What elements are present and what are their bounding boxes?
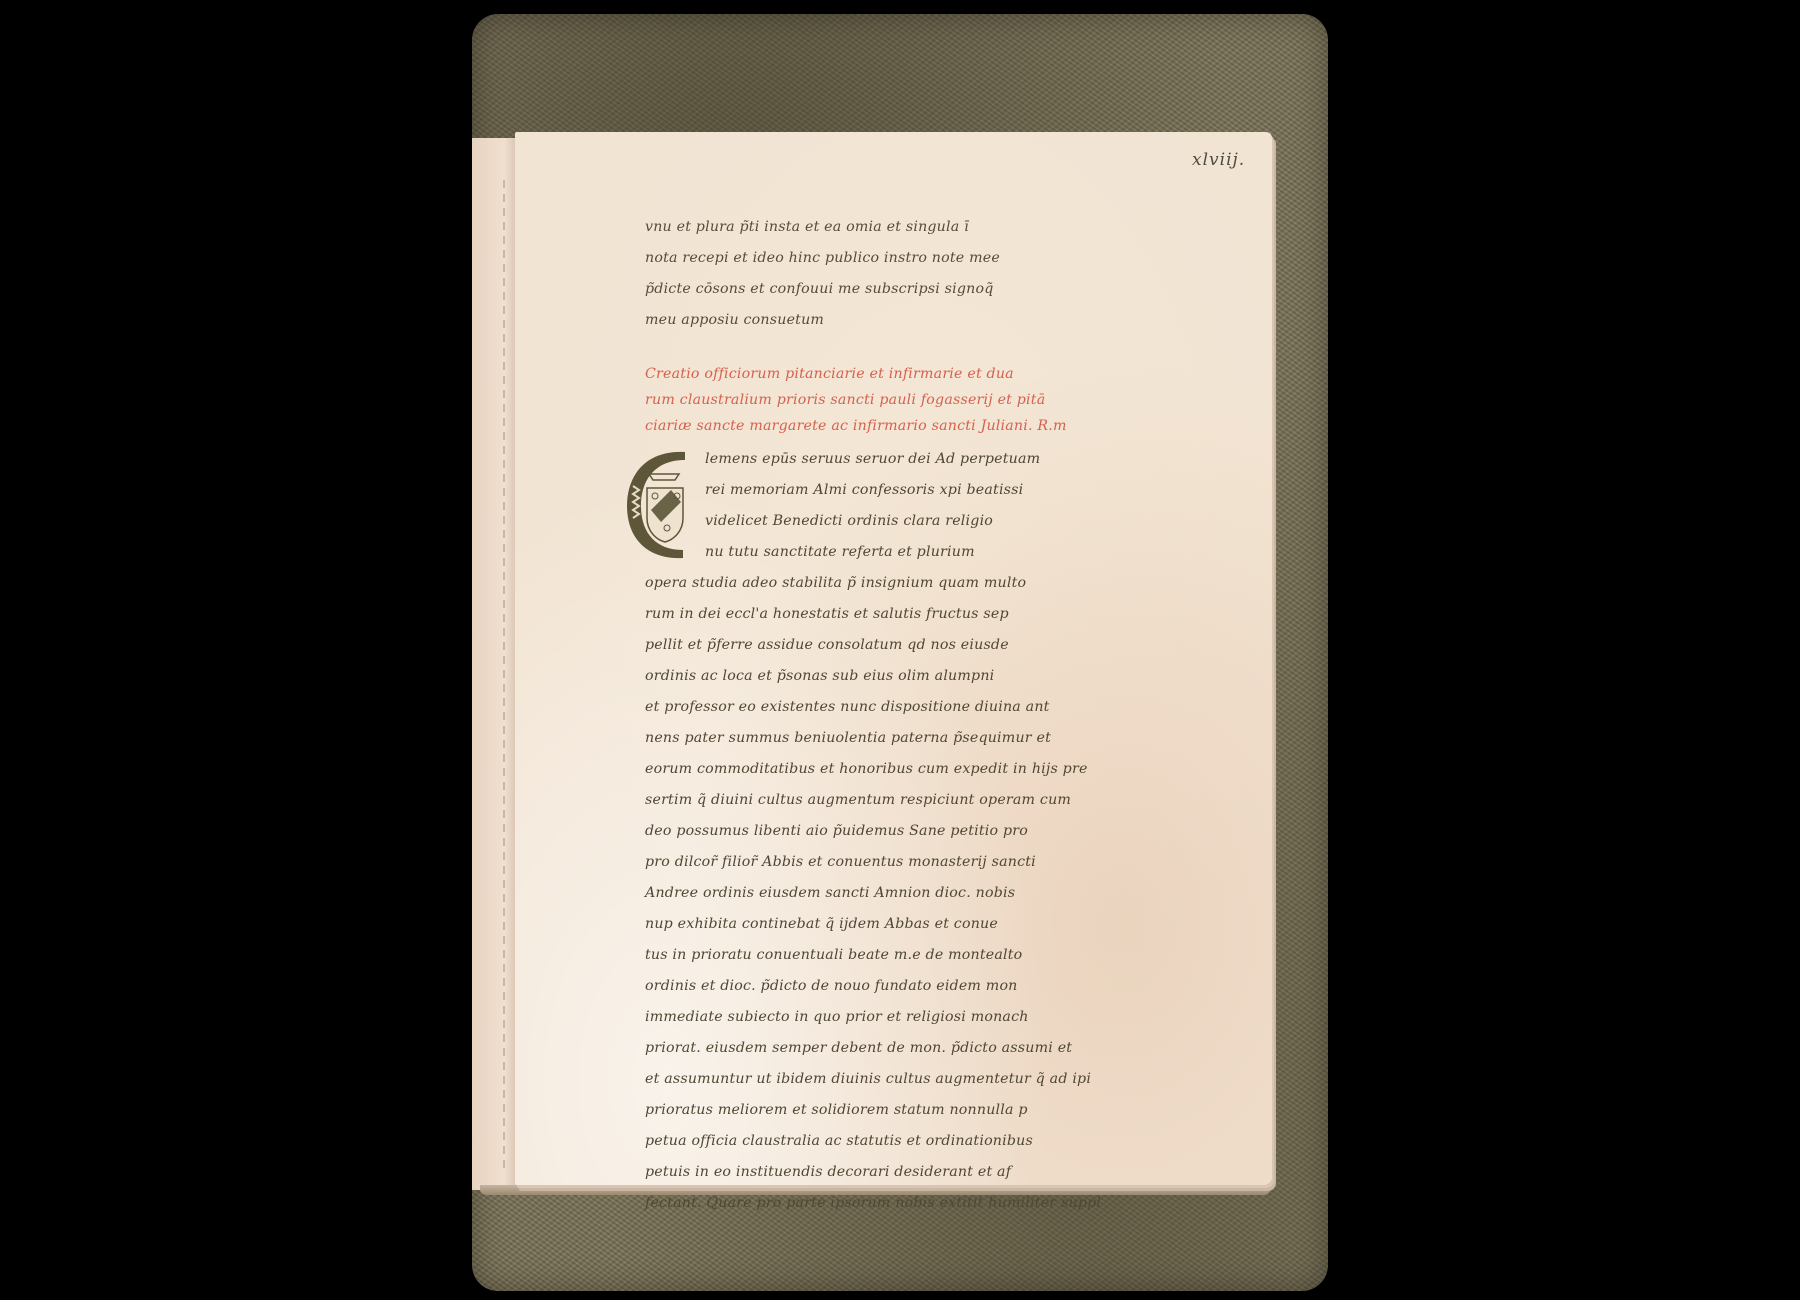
text-line: petuis in eo instituendis decorari desid… bbox=[645, 1157, 1090, 1188]
folio-number: xlviij. bbox=[1192, 150, 1245, 170]
text-line: sertim q̃ diuini cultus augmentum respic… bbox=[645, 785, 1090, 816]
text-line: fectant. Quare pro parte ipsorum nobis e… bbox=[645, 1188, 1090, 1219]
text-line: tus in prioratu conuentuali beate m.e de… bbox=[645, 940, 1090, 971]
text-line: petua officia claustralia ac statutis et… bbox=[645, 1126, 1090, 1157]
rubric-heading: Creatio officiorum pitanciarie et infirm… bbox=[645, 361, 1090, 439]
text-line: nens pater summus beniuolentia paterna p… bbox=[645, 723, 1090, 754]
text-line: vnu et plura p̃ti insta et ea omia et si… bbox=[645, 212, 1090, 243]
binding-stub bbox=[472, 138, 519, 1190]
text-line: et professor eo existentes nunc disposit… bbox=[645, 692, 1090, 723]
text-line: ordinis ac loca et p̃sonas sub eius olim… bbox=[645, 661, 1090, 692]
main-text: lemens epūs seruus seruor dei Ad perpetu… bbox=[645, 444, 1090, 1219]
text-line: deo possumus libenti aio p̃uidemus Sane … bbox=[645, 816, 1090, 847]
sewing-holes bbox=[503, 180, 505, 1170]
text-line: videlicet Benedicti ordinis clara religi… bbox=[645, 506, 1090, 537]
text-line: et assumuntur ut ibidem diuinis cultus a… bbox=[645, 1064, 1090, 1095]
text-line: pro dilcor̃ filior̃ Abbis et conuentus m… bbox=[645, 847, 1090, 878]
rubric-line: Creatio officiorum pitanciarie et infirm… bbox=[645, 361, 1090, 387]
text-line: pellit et p̃ferre assidue consolatum qd … bbox=[645, 630, 1090, 661]
decorated-initial-c-icon bbox=[625, 446, 695, 564]
text-line: lemens epūs seruus seruor dei Ad perpetu… bbox=[645, 444, 1090, 475]
text-line: opera studia adeo stabilita p̃ insignium… bbox=[645, 568, 1090, 599]
text-line: eorum commoditatibus et honoribus cum ex… bbox=[645, 754, 1090, 785]
opening-paragraph: vnu et plura p̃ti insta et ea omia et si… bbox=[645, 212, 1090, 336]
text-line: rei memoriam Almi confessoris xpi beatis… bbox=[645, 475, 1090, 506]
text-line: prioratus meliorem et solidiorem statum … bbox=[645, 1095, 1090, 1126]
text-line: Andree ordinis eiusdem sancti Amnion dio… bbox=[645, 878, 1090, 909]
rubric-line: ciariæ sancte margarete ac infirmario sa… bbox=[645, 413, 1090, 439]
text-line: nu tutu sanctitate referta et plurium bbox=[645, 537, 1090, 568]
text-line: meu apposiu consuetum bbox=[645, 305, 1090, 336]
text-line: nota recepi et ideo hinc publico instro … bbox=[645, 243, 1090, 274]
text-line: p̃dicte cōsons et confouui me subscripsi… bbox=[645, 274, 1090, 305]
text-line: rum in dei eccl'a honestatis et salutis … bbox=[645, 599, 1090, 630]
text-block: vnu et plura p̃ti insta et ea omia et si… bbox=[645, 212, 1090, 1219]
text-line: priorat. eiusdem semper debent de mon. p… bbox=[645, 1033, 1090, 1064]
rubric-line: rum claustralium prioris sancti pauli fo… bbox=[645, 387, 1090, 413]
text-line: immediate subiecto in quo prior et relig… bbox=[645, 1002, 1090, 1033]
text-line: nup exhibita continebat q̃ ijdem Abbas e… bbox=[645, 909, 1090, 940]
text-line: ordinis et dioc. p̃dicto de nouo fundato… bbox=[645, 971, 1090, 1002]
